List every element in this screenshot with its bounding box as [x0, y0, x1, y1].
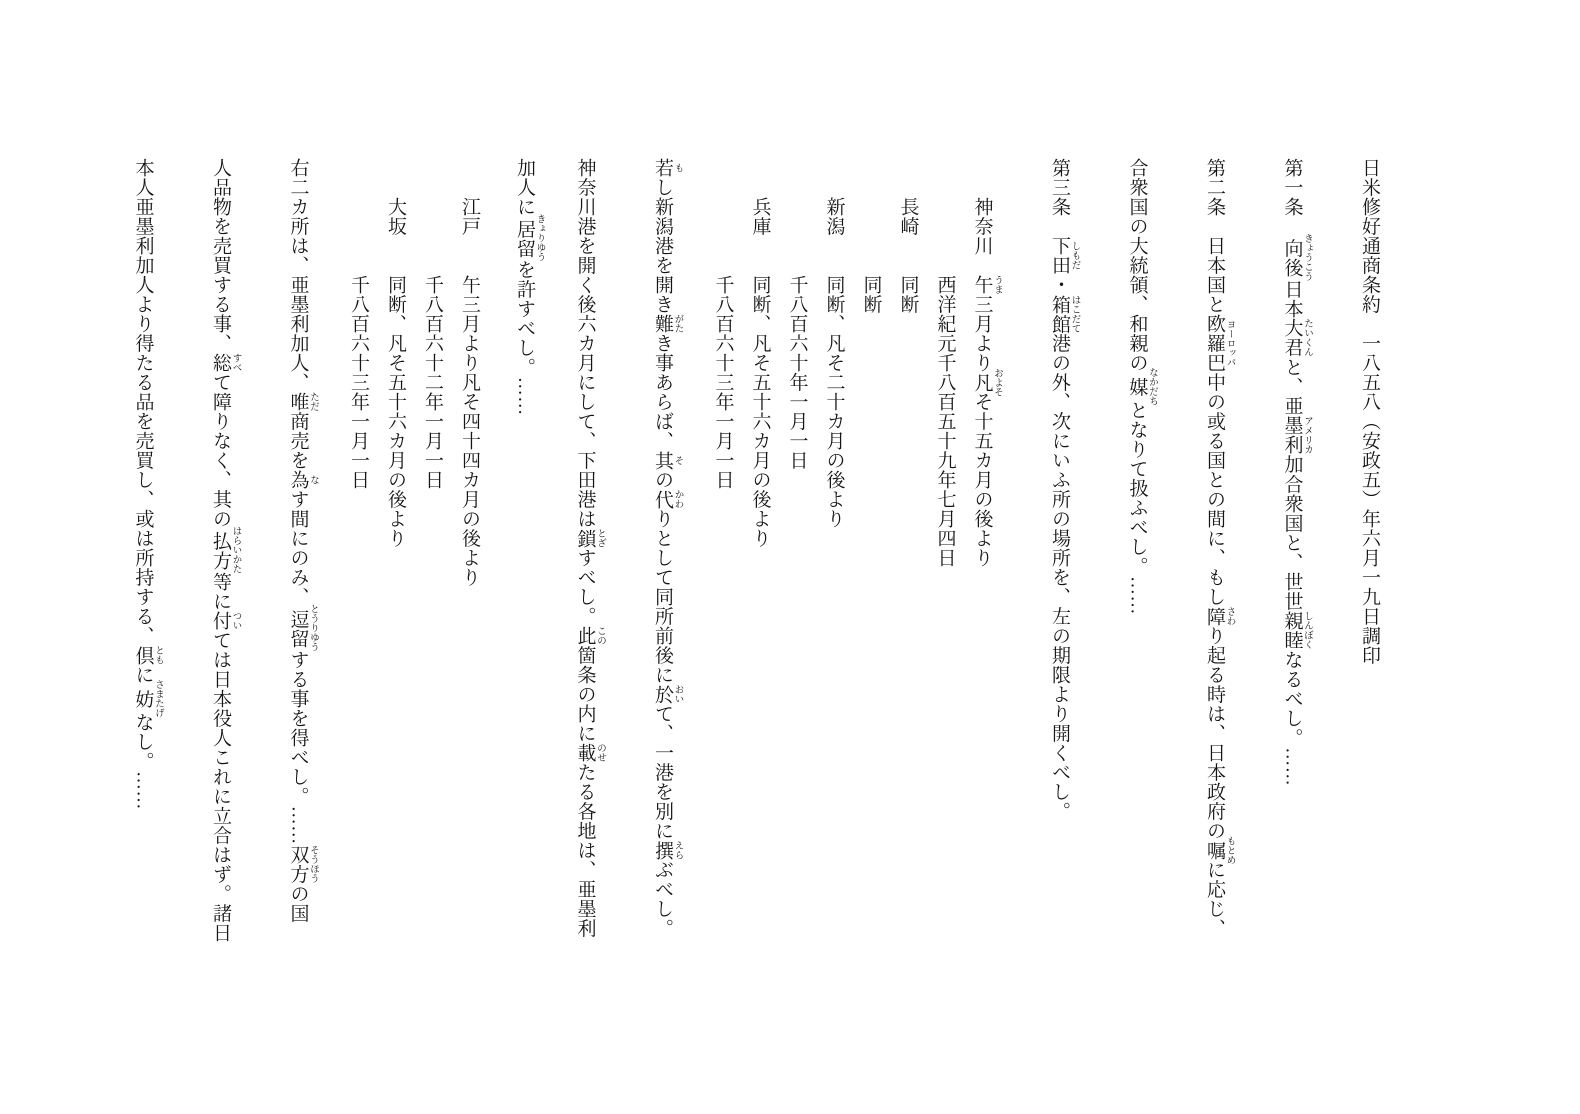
port-hyogo-line: 兵庫 同断、凡そ五十六カ月の後より: [745, 158, 775, 1068]
city-osaka-line: 大坂 同断、凡そ五十六カ月の後より: [380, 158, 410, 1068]
furigana-text: はこだて: [1070, 295, 1080, 334]
furigana-text: も: [673, 158, 683, 178]
furigana-text: きょりゆう: [535, 214, 545, 262]
furigana-text: のせ: [595, 743, 605, 763]
article-2-line-2: 合衆国の大統領、和親の媒なかだちとなりて扱ふべし。……: [1122, 158, 1158, 1068]
sojourn-clause-line: 右二カ所は、亜墨利加人、唯ただ商売を為なす間にのみ、逗留とうりゆうする事を得べし…: [283, 158, 319, 1068]
furigana-annotated-word: 為な: [288, 470, 309, 490]
furigana-annotated-word: 難がた: [652, 314, 673, 334]
furigana-text: しもだ: [1070, 236, 1080, 275]
furigana-annotated-word: 於おい: [652, 685, 673, 705]
furigana-annotated-word: 親睦しんぼく: [1282, 611, 1303, 650]
city-edo-line: 江戸 午三月より凡そ四十四カ月の後より: [454, 158, 484, 1068]
furigana-text: ただ: [308, 392, 318, 412]
furigana-text: しんぼく: [1302, 611, 1312, 650]
furigana-annotated-word: 此この: [575, 626, 596, 646]
furigana-annotated-word: 載のせ: [575, 743, 596, 763]
furigana-annotated-word: 下田しもだ: [1049, 236, 1070, 275]
furigana-text: なかだち: [1147, 368, 1157, 406]
furigana-text: はらいかた: [231, 526, 241, 574]
port-kanagawa-date-line: 西洋紀元千八百五十九年七月四日: [930, 158, 960, 1068]
shimoda-closure-clause-line-2: 加人に居留きょりゆうを許すべし。……: [509, 158, 545, 1068]
city-osaka-date-line: 千八百六十三年一月一日: [343, 158, 373, 1068]
furigana-text: おい: [673, 685, 683, 705]
furigana-annotated-word: 払方はらいかた: [210, 529, 231, 572]
furigana-text: とも: [153, 646, 163, 666]
furigana-text: かわ: [673, 490, 683, 510]
port-kanagawa-line: 神奈川 午うま三月より凡およそそ十五カ月の後より: [967, 158, 1003, 1068]
furigana-text: そ: [673, 451, 683, 471]
article-2-line-1: 第二条 日本国と欧羅巴ヨーロッパ中の或る国との間に、もし障さわり起る時は、日本政…: [1199, 158, 1235, 1068]
furigana-text: えら: [673, 841, 683, 861]
furigana-text: そうほう: [308, 845, 318, 884]
furigana-annotated-word: 総すべ: [210, 353, 231, 373]
port-nagasaki-date-line: 同断: [856, 158, 886, 1068]
article-3-line: 第三条 下田しもだ・箱館はこだて港の外、次にいふ所の場所を、左の期限より開くべし…: [1044, 158, 1080, 1068]
furigana-text: うま: [992, 275, 1002, 295]
furigana-text: アメリカ: [1302, 396, 1312, 474]
furigana-text: ヨーロッパ: [1225, 314, 1235, 373]
furigana-text: たいくん: [1302, 318, 1312, 357]
furigana-annotated-word: 逗留とうりゆう: [288, 607, 309, 650]
furigana-text: つい: [231, 611, 241, 631]
furigana-annotated-word: 付つい: [210, 611, 231, 631]
shimoda-closure-clause-line-1: 神奈川港を開く後六カ月にして、下田港は鎖とざすべし。此この箇条の内に載のせたる各…: [570, 158, 606, 1068]
furigana-annotated-word: 亜墨利加アメリカ: [1282, 396, 1303, 474]
port-hyogo-date-line: 千八百六十三年一月一日: [708, 158, 738, 1068]
furigana-annotated-word: 向後きょうこう: [1282, 236, 1303, 279]
furigana-text: とうりゆう: [308, 604, 318, 652]
furigana-text: およそ: [992, 368, 1002, 397]
city-edo-date-line: 千八百六十二年一月一日: [417, 158, 447, 1068]
furigana-annotated-word: 唯ただ: [288, 392, 309, 412]
port-niigata-date-line: 千八百六十年一月一日: [782, 158, 812, 1068]
furigana-text: きょうこう: [1302, 234, 1312, 282]
title-line: 日米修好通商条約 一八五八（安政五）年六月一九日調印: [1354, 158, 1384, 1068]
port-niigata-line: 新潟 同断、凡そ二十カ月の後より: [819, 158, 849, 1068]
furigana-annotated-word: 障さわ: [1204, 607, 1225, 627]
furigana-text: がた: [673, 314, 683, 334]
furigana-annotated-word: 箱館はこだて: [1049, 295, 1070, 334]
furigana-annotated-word: 倶とも: [133, 646, 154, 666]
trade-clause-line-2: 本人亜墨利加人より得たる品を売買し、或は所持する、倶ともに妨さまたげなし。……: [128, 158, 164, 1068]
port-nagasaki-line: 長崎 同断: [893, 158, 923, 1068]
furigana-annotated-word: 鎖とざ: [575, 529, 596, 549]
furigana-text: この: [595, 626, 605, 646]
furigana-text: さわ: [1225, 607, 1235, 627]
trade-clause-line-1: 人品物を売買する事、総すべて障りなく、其の払方はらいかた等に付ついては日本役人こ…: [205, 158, 241, 1068]
furigana-annotated-word: 其そ: [652, 451, 673, 471]
furigana-text: もとめ: [1225, 836, 1235, 865]
document-page: 日米修好通商条約 一八五八（安政五）年六月一九日調印第一条 向後きょうこう日本大…: [0, 0, 1580, 1114]
furigana-annotated-word: 媒なかだち: [1127, 373, 1148, 401]
furigana-annotated-word: 居留きょりゆう: [514, 217, 535, 260]
furigana-text: とざ: [595, 529, 605, 549]
furigana-annotated-word: 欧羅巴ヨーロッパ: [1204, 314, 1225, 373]
furigana-annotated-word: 双方そうほう: [288, 845, 309, 884]
furigana-annotated-word: 撰えら: [652, 841, 673, 861]
treaty-vertical-text-block: 日米修好通商条約 一八五八（安政五）年六月一九日調印第一条 向後きょうこう日本大…: [128, 158, 1385, 1068]
article-1-line: 第一条 向後きょうこう日本大君たいくんと、亜墨利加アメリカ合衆国と、世世親睦しん…: [1277, 158, 1313, 1068]
niigata-alternative-clause-line: 若もし新潟港を開き難がたき事あらば、其その代かわりとして同所前後に於おいて、一港…: [647, 158, 683, 1068]
furigana-annotated-word: 午うま: [972, 275, 993, 295]
furigana-text: すべ: [231, 353, 241, 373]
furigana-annotated-word: 大君たいくん: [1282, 318, 1303, 357]
furigana-annotated-word: 嘱もとめ: [1204, 841, 1225, 861]
furigana-annotated-word: 代かわ: [652, 490, 673, 510]
furigana-text: さまたげ: [153, 680, 163, 718]
furigana-annotated-word: 妨さまたげ: [133, 685, 154, 713]
furigana-text: な: [308, 470, 318, 490]
furigana-annotated-word: 凡およそ: [972, 373, 993, 393]
furigana-annotated-word: 若も: [652, 158, 673, 178]
